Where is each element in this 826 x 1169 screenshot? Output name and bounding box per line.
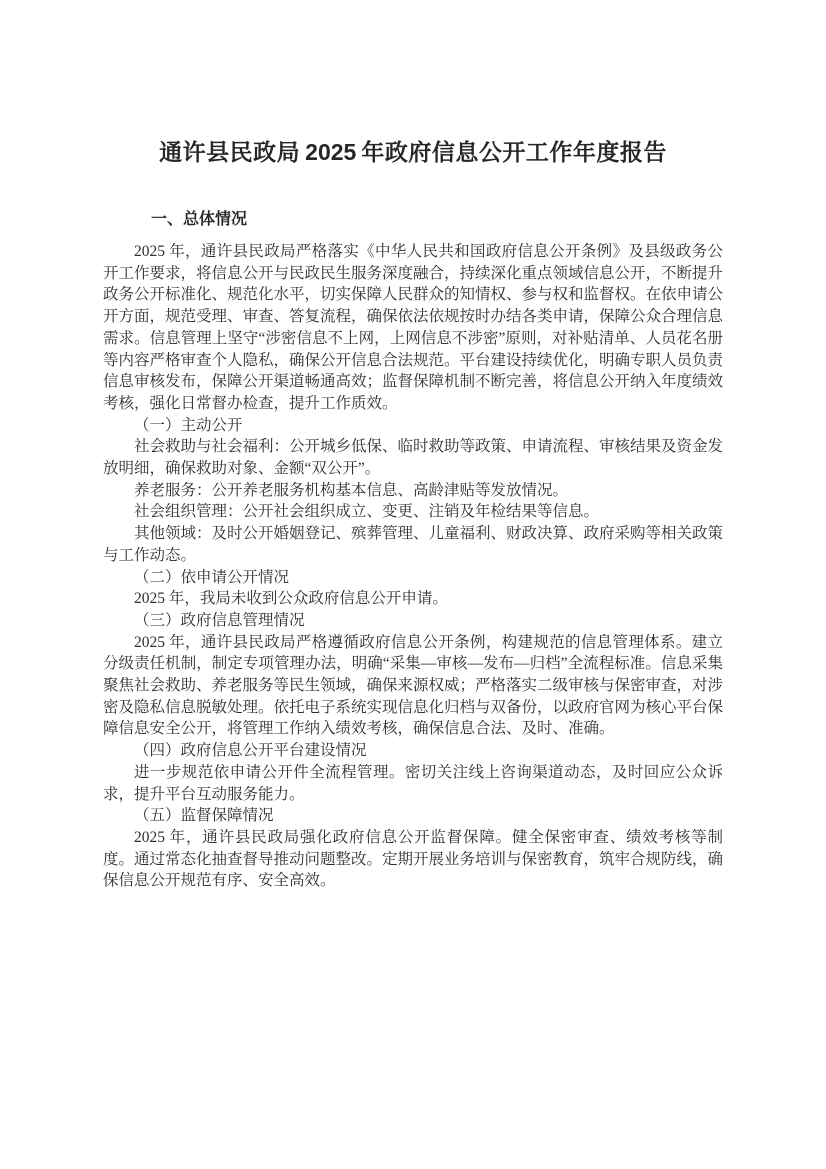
subsection-heading-proactive-disclosure: （一）主动公开 xyxy=(103,415,723,437)
section-heading-overview: 一、总体情况 xyxy=(103,209,723,231)
paragraph-elderly-care: 养老服务：公开养老服务机构基本信息、高龄津贴等发放情况。 xyxy=(103,480,723,502)
paragraph-social-organizations: 社会组织管理：公开社会组织成立、变更、注销及年检结果等信息。 xyxy=(103,501,723,523)
document-body: 2025 年，通许县民政局严格落实《中华人民共和国政府信息公开条例》及县级政务公… xyxy=(103,241,723,892)
document-page: 通许县民政局2025年政府信息公开工作年度报告 一、总体情况 2025 年，通许… xyxy=(0,0,826,1169)
subsection-heading-information-management: （三）政府信息管理情况 xyxy=(103,610,723,632)
subsection-heading-disclosure-upon-request: （二）依申请公开情况 xyxy=(103,567,723,589)
paragraph-platform-construction: 进一步规范依申请公开件全流程管理。密切关注线上咨询渠道动态，及时回应公众诉求，提… xyxy=(103,762,723,805)
subsection-heading-platform-construction: （四）政府信息公开平台建设情况 xyxy=(103,740,723,762)
paragraph-overview: 2025 年，通许县民政局严格落实《中华人民共和国政府信息公开条例》及县级政务公… xyxy=(103,241,723,415)
subsection-heading-supervision-guarantee: （五）监督保障情况 xyxy=(103,805,723,827)
document-title-post: 年政府信息公开工作年度报告 xyxy=(361,140,667,165)
paragraph-information-management: 2025 年，通许县民政局严格遵循政府信息公开条例，构建规范的信息管理体系。建立… xyxy=(103,632,723,741)
document-title: 通许县民政局2025年政府信息公开工作年度报告 xyxy=(103,136,723,169)
paragraph-social-assistance: 社会救助与社会福利：公开城乡低保、临时救助等政策、申请流程、审核结果及资金发放明… xyxy=(103,436,723,479)
document-title-pre: 通许县民政局 xyxy=(159,140,300,165)
document-title-year: 2025 xyxy=(305,139,356,165)
paragraph-supervision-guarantee: 2025 年，通许县民政局强化政府信息公开监督保障。健全保密审查、绩效考核等制度… xyxy=(103,827,723,892)
paragraph-other-fields: 其他领域：及时公开婚姻登记、殡葬管理、儿童福利、财政决算、政府采购等相关政策与工… xyxy=(103,523,723,566)
paragraph-requests-received: 2025 年，我局未收到公众政府信息公开申请。 xyxy=(103,588,723,610)
